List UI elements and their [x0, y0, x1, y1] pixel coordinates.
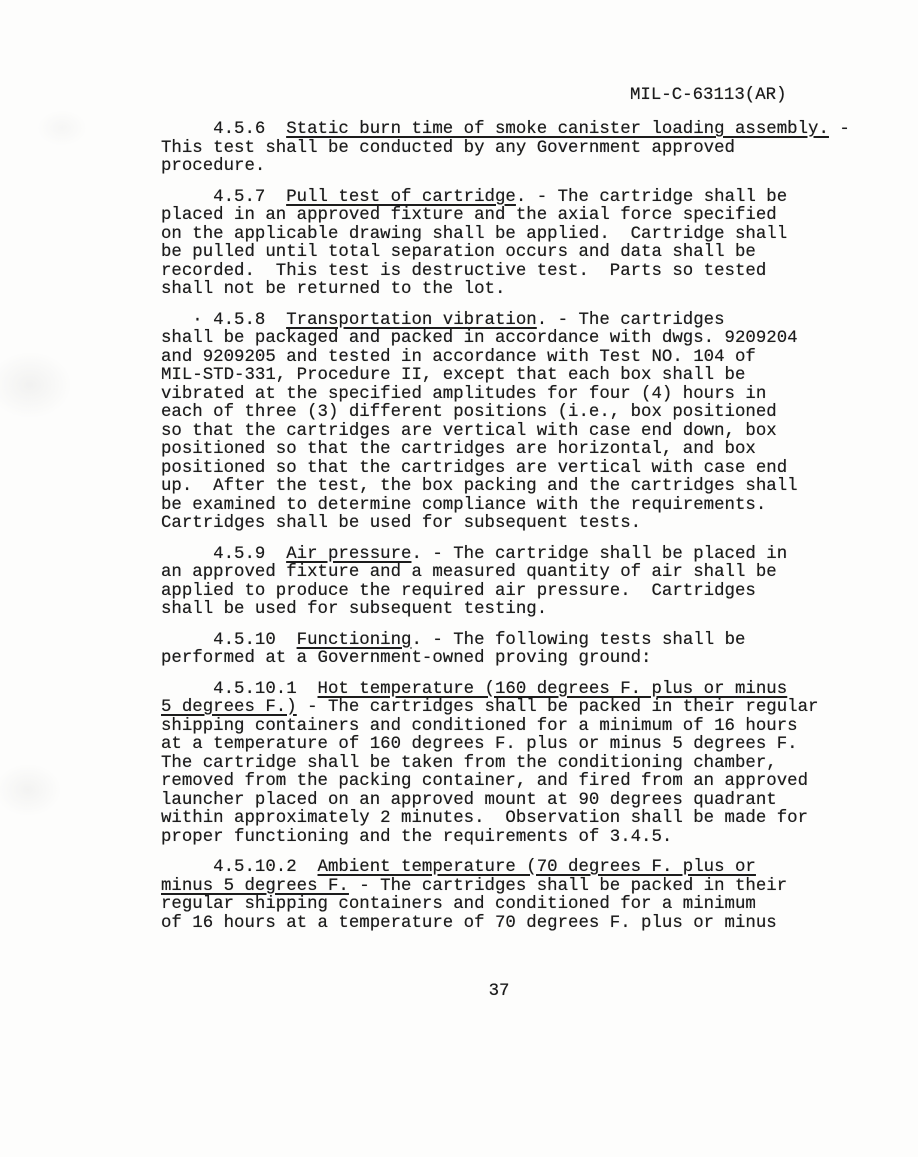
text-line: each of three (3) different positions (i… [161, 404, 873, 423]
text-line: recorded. This test is destructive test.… [161, 263, 873, 282]
text-segment: - [829, 120, 850, 139]
text-segment: on the applicable drawing shall be appli… [161, 225, 787, 244]
text-line: removed from the packing container, and … [161, 773, 873, 792]
text-segment: · 4.5.8 [161, 311, 286, 330]
underlined-heading-text: Pull test of cartridge [286, 188, 516, 207]
text-segment: removed from the packing container, and … [161, 772, 808, 791]
text-line: at a temperature of 160 degrees F. plus … [161, 736, 873, 755]
paragraph-4-5-10-1: 4.5.10.1 Hot temperature (160 degrees F.… [161, 681, 873, 848]
text-line: within approximately 2 minutes. Observat… [161, 810, 873, 829]
text-segment: This test shall be conducted by any Gove… [161, 139, 735, 158]
text-segment: be pulled until total separation occurs … [161, 243, 756, 262]
text-line: so that the cartridges are vertical with… [161, 423, 873, 442]
text-segment: positioned so that the cartridges are ho… [161, 440, 756, 459]
text-segment: 4.5.7 [161, 188, 286, 207]
text-line: 4.5.10.2 Ambient temperature (70 degrees… [161, 859, 873, 878]
text-segment: and 9209205 and tested in accordance wit… [161, 348, 756, 367]
text-line: placed in an approved fixture and the ax… [161, 207, 873, 226]
document-page: MIL-C-63113(AR) 4.5.6 Static burn time o… [0, 0, 918, 1157]
text-segment: shall not be returned to the lot. [161, 280, 505, 299]
text-line: positioned so that the cartridges are ve… [161, 460, 873, 479]
paragraph-4-5-9: 4.5.9 Air pressure. - The cartridge shal… [161, 546, 873, 620]
text-line: MIL-STD-331, Procedure II, except that e… [161, 367, 873, 386]
underlined-heading-text: minus 5 degrees F. [161, 877, 349, 896]
text-line: shall not be returned to the lot. [161, 281, 873, 300]
underlined-heading-text: Air pressure [286, 545, 411, 564]
text-line: of 16 hours at a temperature of 70 degre… [161, 915, 873, 934]
text-segment: MIL-STD-331, Procedure II, except that e… [161, 366, 745, 385]
text-line: minus 5 degrees F. - The cartridges shal… [161, 878, 873, 897]
underlined-heading-text: Ambient temperature (70 degrees F. plus … [318, 858, 756, 877]
text-segment: shall be used for subsequent testing. [161, 600, 547, 619]
text-segment: - The cartridges shall be packed in thei… [349, 877, 787, 896]
text-line: 4.5.9 Air pressure. - The cartridge shal… [161, 546, 873, 565]
underlined-heading-text: 5 degrees F.) [161, 698, 297, 717]
paragraph-4-5-7: 4.5.7 Pull test of cartridge. - The cart… [161, 189, 873, 300]
paragraph-4-5-6: 4.5.6 Static burn time of smoke canister… [161, 121, 873, 177]
underlined-heading-text: Transportation vibration [286, 311, 536, 330]
text-segment: recorded. This test is destructive test.… [161, 262, 766, 281]
text-line: This test shall be conducted by any Gove… [161, 140, 873, 159]
text-line: shall be packaged and packed in accordan… [161, 330, 873, 349]
text-segment: . - The cartridge shall be [516, 188, 787, 207]
text-segment: each of three (3) different positions (i… [161, 403, 777, 422]
paragraph-4-5-10: 4.5.10 Functioning. - The following test… [161, 632, 873, 669]
text-segment: be examined to determine compliance with… [161, 496, 766, 515]
paragraph-4-5-10-2: 4.5.10.2 Ambient temperature (70 degrees… [161, 859, 873, 933]
text-segment: launcher placed on an approved mount at … [161, 791, 777, 810]
text-segment: at a temperature of 160 degrees F. plus … [161, 735, 798, 754]
text-segment: positioned so that the cartridges are ve… [161, 459, 787, 478]
text-line: performed at a Government-owned proving … [161, 650, 873, 669]
text-segment: Cartridges shall be used for subsequent … [161, 514, 641, 533]
text-line: 4.5.7 Pull test of cartridge. - The cart… [161, 189, 873, 208]
text-segment: of 16 hours at a temperature of 70 degre… [161, 914, 777, 933]
text-segment: . - The cartridges [537, 311, 725, 330]
text-segment: regular shipping containers and conditio… [161, 895, 756, 914]
text-line: regular shipping containers and conditio… [161, 896, 873, 915]
page-number: 37 [161, 982, 837, 1001]
text-line: an approved fixture and a measured quant… [161, 564, 873, 583]
text-segment: 4.5.10 [161, 631, 297, 650]
text-segment: . - The following tests shall be [411, 631, 745, 650]
text-segment: performed at a Government-owned proving … [161, 649, 652, 668]
text-segment: placed in an approved fixture and the ax… [161, 206, 777, 225]
text-segment: 4.5.9 [161, 545, 286, 564]
document-body: 4.5.6 Static burn time of smoke canister… [161, 121, 873, 933]
text-line: 5 degrees F.) - The cartridges shall be … [161, 699, 873, 718]
underlined-heading-text: Functioning [297, 631, 412, 650]
text-line: launcher placed on an approved mount at … [161, 792, 873, 811]
text-line: up. After the test, the box packing and … [161, 478, 873, 497]
text-segment: procedure. [161, 157, 265, 176]
text-line: vibrated at the specified amplitudes for… [161, 386, 873, 405]
text-segment: proper functioning and the requirements … [161, 828, 672, 847]
text-segment: applied to produce the required air pres… [161, 582, 756, 601]
text-segment: an approved fixture and a measured quant… [161, 563, 777, 582]
text-line: 4.5.6 Static burn time of smoke canister… [161, 121, 873, 140]
text-segment: 4.5.10.1 [161, 680, 318, 699]
text-line: and 9209205 and tested in accordance wit… [161, 349, 873, 368]
text-segment: 4.5.6 [161, 120, 286, 139]
text-segment: shall be packaged and packed in accordan… [161, 329, 798, 348]
paragraph-4-5-8: · 4.5.8 Transportation vibration. - The … [161, 312, 873, 534]
text-line: The cartridge shall be taken from the co… [161, 755, 873, 774]
text-line: shall be used for subsequent testing. [161, 601, 873, 620]
text-line: on the applicable drawing shall be appli… [161, 226, 873, 245]
text-segment: shipping containers and conditioned for … [161, 717, 798, 736]
document-number-header: MIL-C-63113(AR) [630, 86, 787, 105]
text-segment: - The cartridges shall be packed in thei… [297, 698, 819, 717]
text-segment: vibrated at the specified amplitudes for… [161, 385, 766, 404]
text-line: procedure. [161, 158, 873, 177]
text-segment: up. After the test, the box packing and … [161, 477, 798, 496]
text-segment: so that the cartridges are vertical with… [161, 422, 777, 441]
text-segment: within approximately 2 minutes. Observat… [161, 809, 808, 828]
text-line: be examined to determine compliance with… [161, 497, 873, 516]
text-line: · 4.5.8 Transportation vibration. - The … [161, 312, 873, 331]
text-line: 4.5.10.1 Hot temperature (160 degrees F.… [161, 681, 873, 700]
text-line: Cartridges shall be used for subsequent … [161, 515, 873, 534]
text-segment: 4.5.10.2 [161, 858, 318, 877]
text-line: be pulled until total separation occurs … [161, 244, 873, 263]
underlined-heading-text: Static burn time of smoke canister loadi… [286, 120, 829, 139]
text-line: positioned so that the cartridges are ho… [161, 441, 873, 460]
text-line: 4.5.10 Functioning. - The following test… [161, 632, 873, 651]
text-segment: . - The cartridge shall be placed in [411, 545, 787, 564]
text-line: proper functioning and the requirements … [161, 829, 873, 848]
text-line: applied to produce the required air pres… [161, 583, 873, 602]
text-segment: The cartridge shall be taken from the co… [161, 754, 777, 773]
underlined-heading-text: Hot temperature (160 degrees F. plus or … [318, 680, 788, 699]
text-line: shipping containers and conditioned for … [161, 718, 873, 737]
